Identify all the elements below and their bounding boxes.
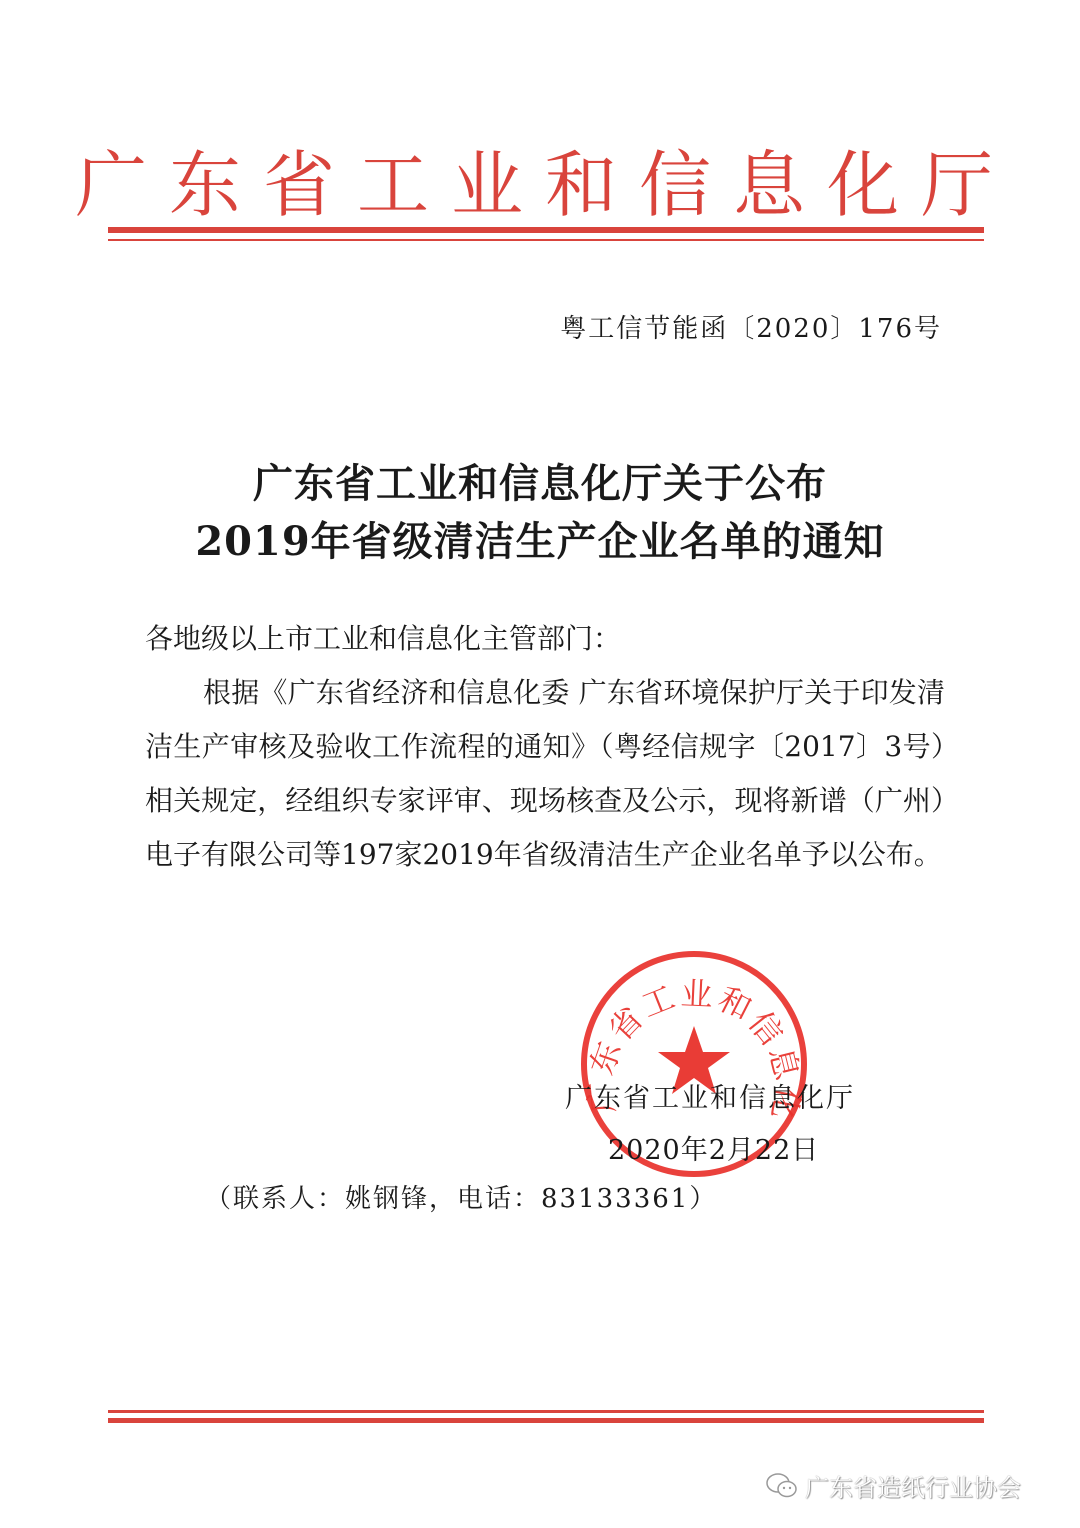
title-line-2: 2019年省级清洁生产企业名单的通知 bbox=[0, 513, 1080, 571]
document-body: 各地级以上市工业和信息化主管部门： 根据《广东省经济和信息化委 广东省环境保护厅… bbox=[145, 612, 945, 882]
body-paragraph: 根据《广东省经济和信息化委 广东省环境保护厅关于印发清洁生产审核及验收工作流程的… bbox=[145, 666, 945, 882]
wechat-icon bbox=[765, 1471, 799, 1501]
letterhead-title: 广东省工业和信息化厅 bbox=[0, 140, 1080, 230]
contact-info: （联系人：姚钢锋，电话：83133361） bbox=[205, 1178, 717, 1215]
footer-rule-thin bbox=[108, 1410, 984, 1413]
title-line-1: 广东省工业和信息化厅关于公布 bbox=[0, 455, 1080, 513]
footer-rule-thick bbox=[108, 1418, 984, 1423]
addressee: 各地级以上市工业和信息化主管部门： bbox=[145, 612, 945, 666]
document-number: 粤工信节能函〔2020〕176号 bbox=[560, 308, 942, 345]
document-title: 广东省工业和信息化厅关于公布 2019年省级清洁生产企业名单的通知 bbox=[0, 455, 1080, 571]
issue-date: 2020年2月22日 bbox=[608, 1128, 819, 1167]
letterhead-rule-thin bbox=[108, 239, 984, 241]
source-watermark: 广东省造纸行业协会 bbox=[765, 1468, 1021, 1503]
watermark-label: 广东省造纸行业协会 bbox=[805, 1468, 1021, 1503]
issuer-signature: 广东省工业和信息化厅 bbox=[565, 1076, 855, 1115]
letterhead-rule-thick bbox=[108, 227, 984, 233]
